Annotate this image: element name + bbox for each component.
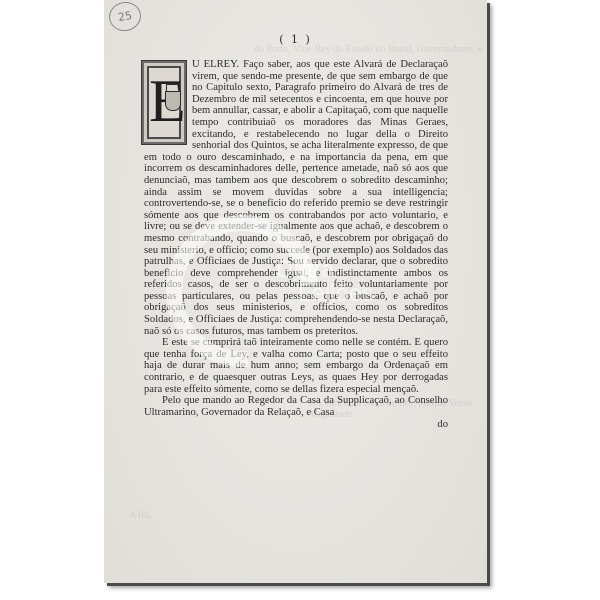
catchword: do (144, 419, 448, 431)
paragraph-orders: Pelo que mando ao Regedor da Casa da Sup… (144, 395, 448, 418)
page-number: ( 1 ) (104, 33, 487, 46)
ornamental-drop-cap: E (141, 60, 187, 145)
document-page: 25 do Porto, Vice-Rey do Estado do Brasi… (104, 0, 487, 583)
document-body: E U ELREY. Faço saber, aos que este Alva… (144, 59, 448, 431)
bleed-through-line: A fol. (129, 510, 152, 521)
paragraph-force-of-law: E este se cumprirá taõ inteiramente como… (144, 337, 448, 395)
pencil-annotation: 25 (107, 0, 144, 34)
paragraph-declaration: U ELREY. Faço saber, aos que este Alvará… (144, 59, 448, 337)
royal-crest-icon (165, 91, 181, 111)
